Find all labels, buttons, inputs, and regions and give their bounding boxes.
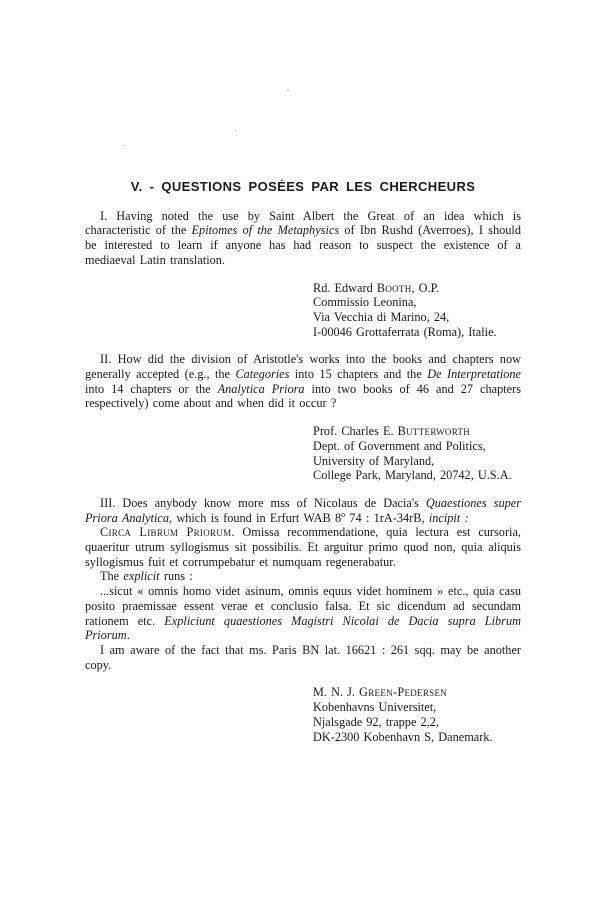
address-line: I-00046 Grottaferrata (Roma), Italie. <box>313 325 521 340</box>
address-line: Dept. of Government and Politics, <box>313 439 521 454</box>
question-i-paragraph: I. Having noted the use by Saint Albert … <box>85 209 521 268</box>
address-line: DK-2300 Kobenhavn S, Danemark. <box>313 730 521 745</box>
address-block-booth: Rd. Edward Booth, O.P. Commissio Leonina… <box>313 281 521 340</box>
question-iii-paragraph: III. Does anybody know more mss of Nicol… <box>85 496 521 525</box>
section-heading: V. - QUESTIONS POSÉES PAR LES CHERCHEURS <box>85 180 521 195</box>
address-line: College Park, Maryland, 20742, U.S.A. <box>313 468 521 483</box>
address-line: M. N. J. Green-Pedersen <box>313 685 521 700</box>
address-line: Kobenhavns Universitet, <box>313 700 521 715</box>
address-line: Njalsgade 92, trappe 2,2, <box>313 715 521 730</box>
address-block-butterworth: Prof. Charles E. Butterworth Dept. of Go… <box>313 424 521 483</box>
address-line: University of Maryland, <box>313 454 521 469</box>
incipit-paragraph: Circa Librum Priorum. Omissa recommendat… <box>85 525 521 569</box>
address-line: Via Vecchia di Marino, 24, <box>313 310 521 325</box>
text-block: V. - QUESTIONS POSÉES PAR LES CHERCHEURS… <box>85 180 521 757</box>
aware-paragraph: I am aware of the fact that ms. Paris BN… <box>85 643 521 672</box>
address-line: Rd. Edward Booth, O.P. <box>313 281 521 296</box>
scan-speck <box>235 130 236 132</box>
address-block-green-pedersen: M. N. J. Green-Pedersen Kobenhavns Unive… <box>313 685 521 744</box>
explicit-intro-paragraph: The explicit runs : <box>85 569 521 584</box>
question-ii-paragraph: II. How did the division of Aristotle's … <box>85 352 521 411</box>
scan-speck <box>287 89 289 91</box>
scan-speck <box>124 145 126 146</box>
address-line: Prof. Charles E. Butterworth <box>313 424 521 439</box>
address-line: Commissio Leonina, <box>313 295 521 310</box>
explicit-quote-paragraph: ...sicut « omnis homo videt asinum, omni… <box>85 584 521 643</box>
scanned-journal-page: V. - QUESTIONS POSÉES PAR LES CHERCHEURS… <box>0 0 592 919</box>
